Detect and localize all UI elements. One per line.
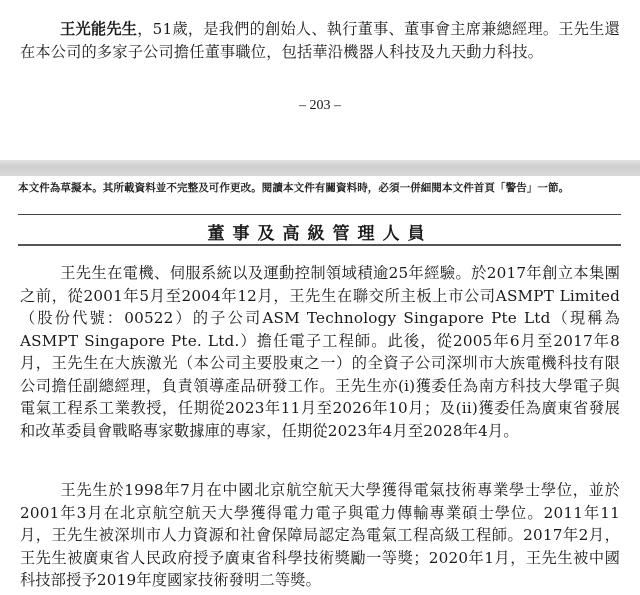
page-number: – 203 – <box>0 98 640 114</box>
bio-paragraph-intro: 王光能先生，51歲，是我們的創始人、執行董事、董事會主席兼總經理。王先生還在本公… <box>20 18 620 63</box>
title-top-rule <box>18 214 621 215</box>
person-name: 王光能先生 <box>60 20 137 38</box>
draft-warning-banner: 本文件為草擬本。其所載資料並不完整及可作更改。閱讀本文件有關資料時，必須一併細閱… <box>18 180 628 195</box>
page-break-divider <box>0 160 640 176</box>
previous-page-section: 王光能先生，51歲，是我們的創始人、執行董事、董事會主席兼總經理。王先生還在本公… <box>0 0 640 160</box>
bio-paragraph-education: 王先生於1998年7月在中國北京航空航天大學獲得電氣技術專業學士學位，並於200… <box>20 479 620 592</box>
title-bottom-rule <box>18 244 621 246</box>
experience-text: 王先生在電機、伺服系統以及運動控制領域積逾25年經驗。於2017年創立本集團之前… <box>20 264 620 440</box>
bio-paragraph-experience: 王先生在電機、伺服系統以及運動控制領域積逾25年經驗。於2017年創立本集團之前… <box>20 262 620 442</box>
section-title: 董事及高級管理人員 <box>0 219 640 244</box>
education-text: 王先生於1998年7月在中國北京航空航天大學獲得電氣技術專業學士學位，並於200… <box>20 481 620 589</box>
